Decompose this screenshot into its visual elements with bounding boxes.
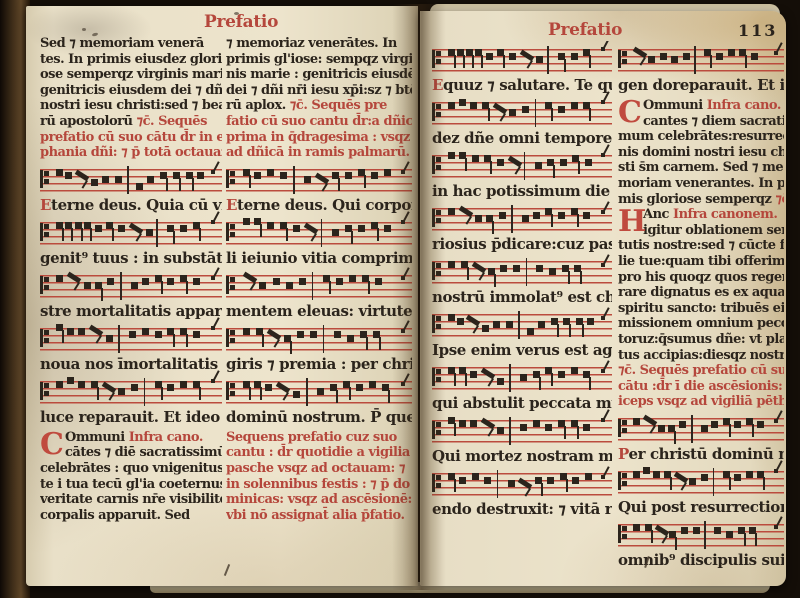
note-square	[679, 421, 686, 428]
custos-mark	[601, 418, 605, 422]
note-virga	[583, 371, 590, 378]
music-stave	[432, 416, 612, 446]
chant-text-line: luce reparauit. Et ideo cuz.	[40, 409, 222, 426]
staff-barline	[535, 99, 537, 127]
note-virga	[95, 282, 102, 289]
chant-text-line: li ieiunio vitia comprimis:	[226, 250, 412, 267]
rubric-text: phania dñi: ⁊ p̄ totā octauaz.	[40, 145, 222, 160]
c-clef-icon	[40, 170, 51, 188]
text-line: dei ⁊ dñi nr̄i iesu xp̄i:sz ⁊ btō	[226, 83, 412, 99]
body-text: te i tua tecū gl'ia coeternus:ī	[40, 477, 222, 492]
text-line: toruz:q̄sumus dñe: vt placa	[618, 332, 784, 348]
custos-mark	[211, 220, 215, 224]
note-square	[349, 275, 356, 282]
music-stave	[432, 45, 612, 75]
text-line: Sequens prefatio cuz suo	[226, 430, 412, 446]
custos-mark	[774, 469, 778, 473]
note-square	[56, 275, 63, 282]
note-virga	[160, 172, 167, 179]
text-line: tes. In primis eiusdez glori	[40, 52, 222, 68]
c-clef-icon	[226, 382, 237, 400]
music-stave	[618, 467, 784, 497]
note-square	[273, 278, 280, 285]
note-virga	[91, 381, 98, 388]
note-square	[571, 53, 578, 60]
ink-speck	[82, 28, 86, 31]
body-text: Ipse enim verus est agnus:	[432, 341, 612, 359]
music-stave	[226, 377, 412, 407]
note-virga	[332, 172, 339, 179]
text-line: nis marie : genitricis eiusdē	[226, 67, 412, 83]
music-stave	[40, 218, 222, 248]
note-square	[155, 331, 162, 338]
drop-cap-initial: H	[618, 207, 646, 237]
body-text: tutis nostre:sed ⁊ cūcte fami	[618, 238, 784, 253]
folio-number: 113	[738, 21, 777, 40]
body-text: igitur oblationem serui	[643, 223, 784, 238]
c-clef-icon	[432, 315, 443, 333]
book-photo: Prefatio Sed ⁊ memoriam venerātes. In pr…	[0, 0, 800, 598]
note-ligature	[480, 417, 495, 429]
note-square	[533, 212, 540, 219]
left-page: Prefatio Sed ⁊ memoriam venerātes. In pr…	[26, 6, 418, 586]
note-ligature	[674, 472, 689, 484]
note-square	[358, 225, 365, 232]
body-text: noua nos īmortalitatis sue	[40, 355, 222, 373]
staff-barline	[312, 272, 314, 300]
note-virga	[459, 367, 466, 374]
note-square	[560, 159, 567, 166]
note-virga	[572, 155, 579, 162]
music-stave	[40, 165, 222, 195]
text-line: genitricis eiusdem dei ⁊ dñi	[40, 83, 222, 99]
custos-mark	[601, 47, 605, 51]
custos-mark	[601, 316, 605, 320]
note-square	[78, 381, 85, 388]
note-virga	[448, 473, 455, 480]
indented-lines: Ommuni Infra cano.cantes ⁊ diem sacratis…	[643, 98, 784, 129]
body-text: spiritu sancto: tribuēs eis re	[618, 301, 784, 316]
note-ligature	[459, 205, 474, 217]
note-square	[683, 53, 690, 60]
body-text: mum celebrātes:resurrectio	[618, 129, 784, 144]
note-square	[701, 474, 708, 481]
note-square	[347, 335, 354, 342]
chant-text-line: Qui post resurrectionē suā	[618, 499, 784, 516]
note-square	[142, 278, 149, 285]
note-square	[472, 155, 479, 162]
body-text: Ommuni	[643, 98, 707, 113]
text-line: rare dignatus es ex aqua et	[618, 285, 784, 301]
note-square	[751, 53, 758, 60]
c-clef-icon	[618, 419, 629, 437]
rubric-text: vbi nō assignat̄ alia p̄fatio.	[226, 508, 405, 523]
note-ligature	[466, 315, 481, 327]
note-square	[653, 471, 660, 478]
body-text: ose semperqz virginis marie	[40, 67, 222, 82]
text-line: lie tue:quam tibi offerimus:	[618, 254, 784, 270]
note-square	[369, 381, 376, 388]
c-clef-icon	[432, 421, 443, 439]
note-virga	[475, 49, 482, 56]
note-virga	[448, 49, 455, 56]
text-line: in solennibus festis : ⁊ p̄ do	[226, 477, 412, 493]
note-square	[265, 384, 272, 391]
body-text: in hac potissimum die glo	[432, 182, 612, 200]
note-square	[457, 318, 464, 325]
note-square	[716, 53, 723, 60]
note-square	[67, 377, 74, 384]
body-text: ⁊ memoriaz venerātes. In	[226, 36, 397, 51]
note-square	[67, 328, 74, 335]
note-virga	[243, 169, 250, 176]
body-text: gen doreparauit. Et ideo.	[618, 76, 784, 94]
c-clef-icon	[432, 156, 443, 174]
note-virga	[280, 222, 287, 229]
note-square	[65, 172, 72, 179]
note-square	[497, 378, 504, 385]
note-square	[497, 159, 504, 166]
note-square	[459, 420, 466, 427]
note-virga	[358, 169, 365, 176]
chant-text-line: endo destruxit: ⁊ vitā resur	[432, 501, 612, 518]
rubric-text: P	[618, 445, 628, 463]
note-virga	[547, 159, 554, 166]
text-line: nostri iesu christi:sed ⁊ beato	[40, 98, 222, 114]
body-text: veritate carnis nr̄e visibiliter	[40, 492, 222, 507]
staff-barline	[704, 521, 706, 549]
body-text: endo destruxit: ⁊ vitā resur	[432, 500, 612, 518]
body-text: nis marie : genitricis eiusdē	[226, 67, 412, 82]
body-text: pro his quoqz quos regene	[618, 270, 784, 285]
note-square	[293, 225, 300, 232]
note-virga	[558, 420, 565, 427]
note-square	[448, 152, 455, 159]
chant-text-line: Eterne deus. Qui corpora	[226, 197, 412, 214]
drop-cap-paragraph: COmmuni Infra cano.cātes ⁊ diē sacratiss…	[40, 430, 222, 524]
note-virga	[739, 49, 746, 56]
note-virga	[668, 425, 675, 432]
note-ligature	[493, 103, 508, 115]
note-virga	[330, 384, 337, 391]
rubric-text: ⁊c̄. Sequēs prefatio cū suo	[618, 363, 784, 378]
c-clef-icon	[40, 329, 51, 347]
note-square	[728, 49, 735, 56]
note-virga	[254, 381, 261, 388]
note-virga	[461, 261, 468, 268]
text-line: iceps vsqz ad vigiliā pēthe.	[618, 394, 784, 410]
text-line: cantes ⁊ diem sacratissi	[643, 114, 784, 130]
note-square	[486, 53, 493, 60]
drop-cap-initial: C	[618, 98, 642, 128]
note-virga	[746, 418, 753, 425]
note-square	[513, 265, 520, 272]
body-text: celebrātes : quo vnigenitus	[40, 461, 222, 476]
note-virga	[551, 318, 558, 325]
note-ligature	[304, 222, 319, 234]
music-stave	[40, 324, 222, 354]
note-square	[375, 278, 382, 285]
note-ligature	[129, 222, 144, 234]
drop-cap-initial: C	[40, 430, 64, 460]
body-text: nostrū immolat⁹ est christ⁹.	[432, 288, 612, 306]
note-square	[714, 527, 721, 534]
indented-lines: Ommuni Infra cano.cātes ⁊ diē sacratissi…	[65, 430, 222, 461]
body-text: toruz:q̄sumus dñe: vt placa	[618, 332, 784, 347]
chant-text-line: dominū nostrum. P̄ quez.	[226, 409, 412, 426]
text-line: ⁊ memoriaz venerātes. In	[226, 36, 412, 52]
staff-barline	[547, 46, 549, 74]
text-line: Ommuni Infra cano.	[65, 430, 222, 446]
text-line: te i tua tecū gl'ia coeternus:ī	[40, 477, 222, 493]
note-square	[167, 384, 174, 391]
note-virga	[75, 222, 82, 229]
body-text: terne deus. Quia cū vni	[51, 196, 222, 214]
chant-text-line: dez dñe omni tempore:sed	[432, 130, 612, 147]
note-square	[310, 331, 317, 338]
body-text: tus accipias:diesqz nostros.	[618, 348, 784, 363]
custos-mark	[601, 100, 605, 104]
staff-barline	[120, 272, 122, 300]
text-line: prefatio cū suo cātu d̄r in epi	[40, 130, 222, 146]
custos-mark	[211, 276, 215, 280]
note-square	[193, 278, 200, 285]
note-square	[671, 56, 678, 63]
note-square	[734, 421, 741, 428]
text-line: Ommuni Infra cano.	[643, 98, 784, 114]
note-virga	[323, 275, 330, 282]
text-line: celebrātes : quo vnigenitus	[40, 461, 222, 477]
body-text: sti s̄m carnem. Sed ⁊ me	[618, 160, 783, 175]
note-square	[193, 331, 200, 338]
note-square	[448, 208, 455, 215]
note-virga	[56, 222, 63, 229]
music-stave	[226, 271, 412, 301]
note-square	[254, 172, 261, 179]
rubric-text: ⁊c̄. Sequēs pre	[290, 98, 387, 113]
note-square	[571, 102, 578, 109]
note-virga	[180, 275, 187, 282]
note-square	[470, 371, 477, 378]
note-square	[585, 473, 592, 480]
staff-barline	[321, 219, 323, 247]
c-clef-icon	[40, 276, 51, 294]
note-square	[106, 335, 113, 342]
staff-barline	[524, 152, 526, 180]
note-square	[482, 325, 489, 332]
note-virga	[535, 477, 542, 484]
body-text: rare dignatus es ex aqua et	[618, 285, 784, 300]
note-square	[304, 176, 311, 183]
text-line: Sed ⁊ memoriam venerā	[40, 36, 222, 52]
c-clef-icon	[618, 525, 629, 543]
drop-cap-paragraph: HAnc Infra canonem.igitur oblationem ser…	[618, 207, 784, 363]
body-text: Ommuni	[65, 430, 129, 445]
note-virga	[576, 318, 583, 325]
chant-text-line: in hac potissimum die glo	[432, 183, 612, 200]
text-line: pasche vsqz ad octauam: ⁊	[226, 461, 412, 477]
chant-text-line: Eterne deus. Quia cū vni	[40, 197, 222, 214]
note-virga	[466, 49, 473, 56]
c-clef-icon	[226, 329, 237, 347]
note-square	[78, 328, 85, 335]
chant-text-line: qui abstulit peccata mūdi.	[432, 395, 612, 412]
note-square	[499, 212, 506, 219]
c-clef-icon	[226, 170, 237, 188]
note-square	[131, 384, 138, 391]
body-text: corpalis apparuit. Sed	[40, 508, 190, 523]
music-stave	[432, 151, 612, 181]
custos-mark	[601, 475, 605, 479]
rubric-text: cātu :d̄r ī die ascēsionis: ⁊ de	[618, 379, 784, 394]
chant-text-line: genit⁹ tuus : in substātia no	[40, 250, 222, 267]
note-virga	[343, 381, 350, 388]
note-square	[583, 212, 590, 219]
running-title-right: Prefatio	[548, 20, 622, 40]
left-page-column-1: Sed ⁊ memoriam venerātes. In primis eius…	[40, 36, 222, 581]
body-text: stre mortalitatis apparuit :	[40, 302, 222, 320]
text-line: minicas: vsqz ad ascēsionē:	[226, 492, 412, 508]
music-stave	[432, 204, 612, 234]
custos-mark	[401, 382, 405, 386]
note-virga	[459, 152, 466, 159]
note-virga	[484, 155, 491, 162]
chant-text-line: Equuz ⁊ salutare. Te qui	[432, 77, 612, 94]
c-clef-icon	[432, 368, 443, 386]
chant-text-line: Per christū dominū nostrū	[618, 446, 784, 463]
note-ligature	[643, 415, 658, 427]
body-text: rū aplox.	[226, 98, 290, 113]
note-square	[299, 278, 306, 285]
c-clef-icon	[618, 50, 629, 68]
note-square	[115, 176, 122, 183]
note-square	[317, 388, 324, 395]
note-square	[536, 56, 543, 63]
note-virga	[362, 275, 369, 282]
text-line: corpalis apparuit. Sed	[40, 508, 222, 524]
note-virga	[360, 331, 367, 338]
indented-lines: Anc Infra canonem.igitur oblationem seru…	[643, 207, 784, 238]
text-line: cantu : d̄r quotidie a vigilia	[226, 445, 412, 461]
staff-barline	[694, 46, 696, 74]
body-text: Anc	[643, 207, 673, 222]
body-text: missionem omnium pecca	[618, 316, 784, 331]
note-square	[384, 169, 391, 176]
staff-barline	[118, 325, 120, 353]
note-virga	[193, 381, 200, 388]
note-square	[286, 282, 293, 289]
text-line: pro his quoqz quos regene	[618, 270, 784, 286]
note-square	[91, 179, 98, 186]
rubric-text: fatio cū suo cantu d̄r:a dñica	[226, 114, 412, 129]
note-square	[572, 477, 579, 484]
text-line: tutis nostre:sed ⁊ cūcte fami	[618, 238, 784, 254]
note-virga	[56, 324, 63, 331]
chant-text-line: noua nos īmortalitatis sue	[40, 356, 222, 373]
music-stave	[226, 324, 412, 354]
rubric-text: E	[432, 76, 443, 94]
note-square	[118, 388, 125, 395]
rubric-text: Infra canonem.	[673, 207, 777, 222]
text-line: fatio cū suo cantu d̄r:a dñica	[226, 114, 412, 130]
note-square	[459, 477, 466, 484]
chant-text-line: mentem eleuas: virtutez lar	[226, 303, 412, 320]
note-ligature	[654, 525, 669, 537]
c-clef-icon	[432, 50, 443, 68]
note-square	[689, 478, 696, 485]
rubric-text: prefatio cū suo cātu d̄r in epi	[40, 130, 222, 145]
note-square	[167, 278, 174, 285]
note-square	[506, 321, 513, 328]
note-ligature	[507, 156, 522, 168]
rubric-text: Sequens prefatio cuz suo	[226, 430, 397, 445]
chant-text-line: Qui mortez nostram mori	[432, 448, 612, 465]
ink-speck	[234, 12, 239, 15]
note-square	[547, 477, 554, 484]
music-stave	[432, 310, 612, 340]
custos-mark	[211, 326, 215, 330]
note-virga	[533, 371, 540, 378]
note-ligature	[74, 169, 89, 181]
note-ligature	[315, 173, 330, 185]
text-line: Anc Infra canonem.	[643, 207, 784, 223]
note-virga	[155, 381, 162, 388]
note-virga	[545, 367, 552, 374]
c-clef-icon	[432, 103, 443, 121]
note-virga	[704, 49, 711, 56]
rubric-text: ⁊c̄. Sequēs	[136, 114, 206, 129]
staff-barline	[691, 415, 693, 443]
note-virga	[488, 268, 495, 275]
rubric-text: iceps vsqz ad vigiliā pēthe.	[618, 394, 784, 409]
note-virga	[448, 417, 455, 424]
running-title-left: Prefatio	[204, 12, 278, 32]
c-clef-icon	[618, 472, 629, 490]
c-clef-icon	[432, 474, 443, 492]
custos-mark	[601, 153, 605, 157]
note-square	[118, 225, 125, 232]
body-text: cantes ⁊ diem sacratissi	[643, 114, 784, 129]
note-square	[633, 418, 640, 425]
text-line: vbi nō assignat̄ alia p̄fatio.	[226, 508, 412, 524]
body-text: cātes ⁊ diē sacratissimū	[65, 445, 222, 460]
staff-barline	[526, 258, 528, 286]
note-square	[558, 212, 565, 219]
text-line: sti s̄m carnem. Sed ⁊ me	[618, 160, 784, 176]
staff-barline	[306, 378, 308, 406]
text-line: cātu :d̄r ī die ascēsionis: ⁊ de	[618, 379, 784, 395]
left-page-column-2: ⁊ memoriaz venerātes. Inprimis gl'iose: …	[226, 36, 412, 581]
note-square	[448, 261, 455, 268]
chant-text-line: omnib⁹ discipulis suis m	[618, 552, 784, 569]
body-text: luce reparauit. Et ideo cuz.	[40, 408, 222, 426]
note-square	[633, 524, 640, 531]
body-text: mentem eleuas: virtutez lar	[226, 302, 412, 320]
staff-barline	[497, 470, 499, 498]
body-text: quuz ⁊ salutare. Te qui	[443, 76, 612, 94]
note-square	[147, 176, 154, 183]
note-virga	[243, 381, 250, 388]
note-square	[56, 381, 63, 388]
custos-mark	[774, 525, 778, 529]
note-square	[484, 477, 491, 484]
music-stave	[432, 257, 612, 287]
note-virga	[167, 328, 174, 335]
note-ligature	[67, 272, 82, 284]
custos-mark	[401, 329, 405, 333]
c-clef-icon	[432, 209, 443, 227]
note-square	[571, 367, 578, 374]
